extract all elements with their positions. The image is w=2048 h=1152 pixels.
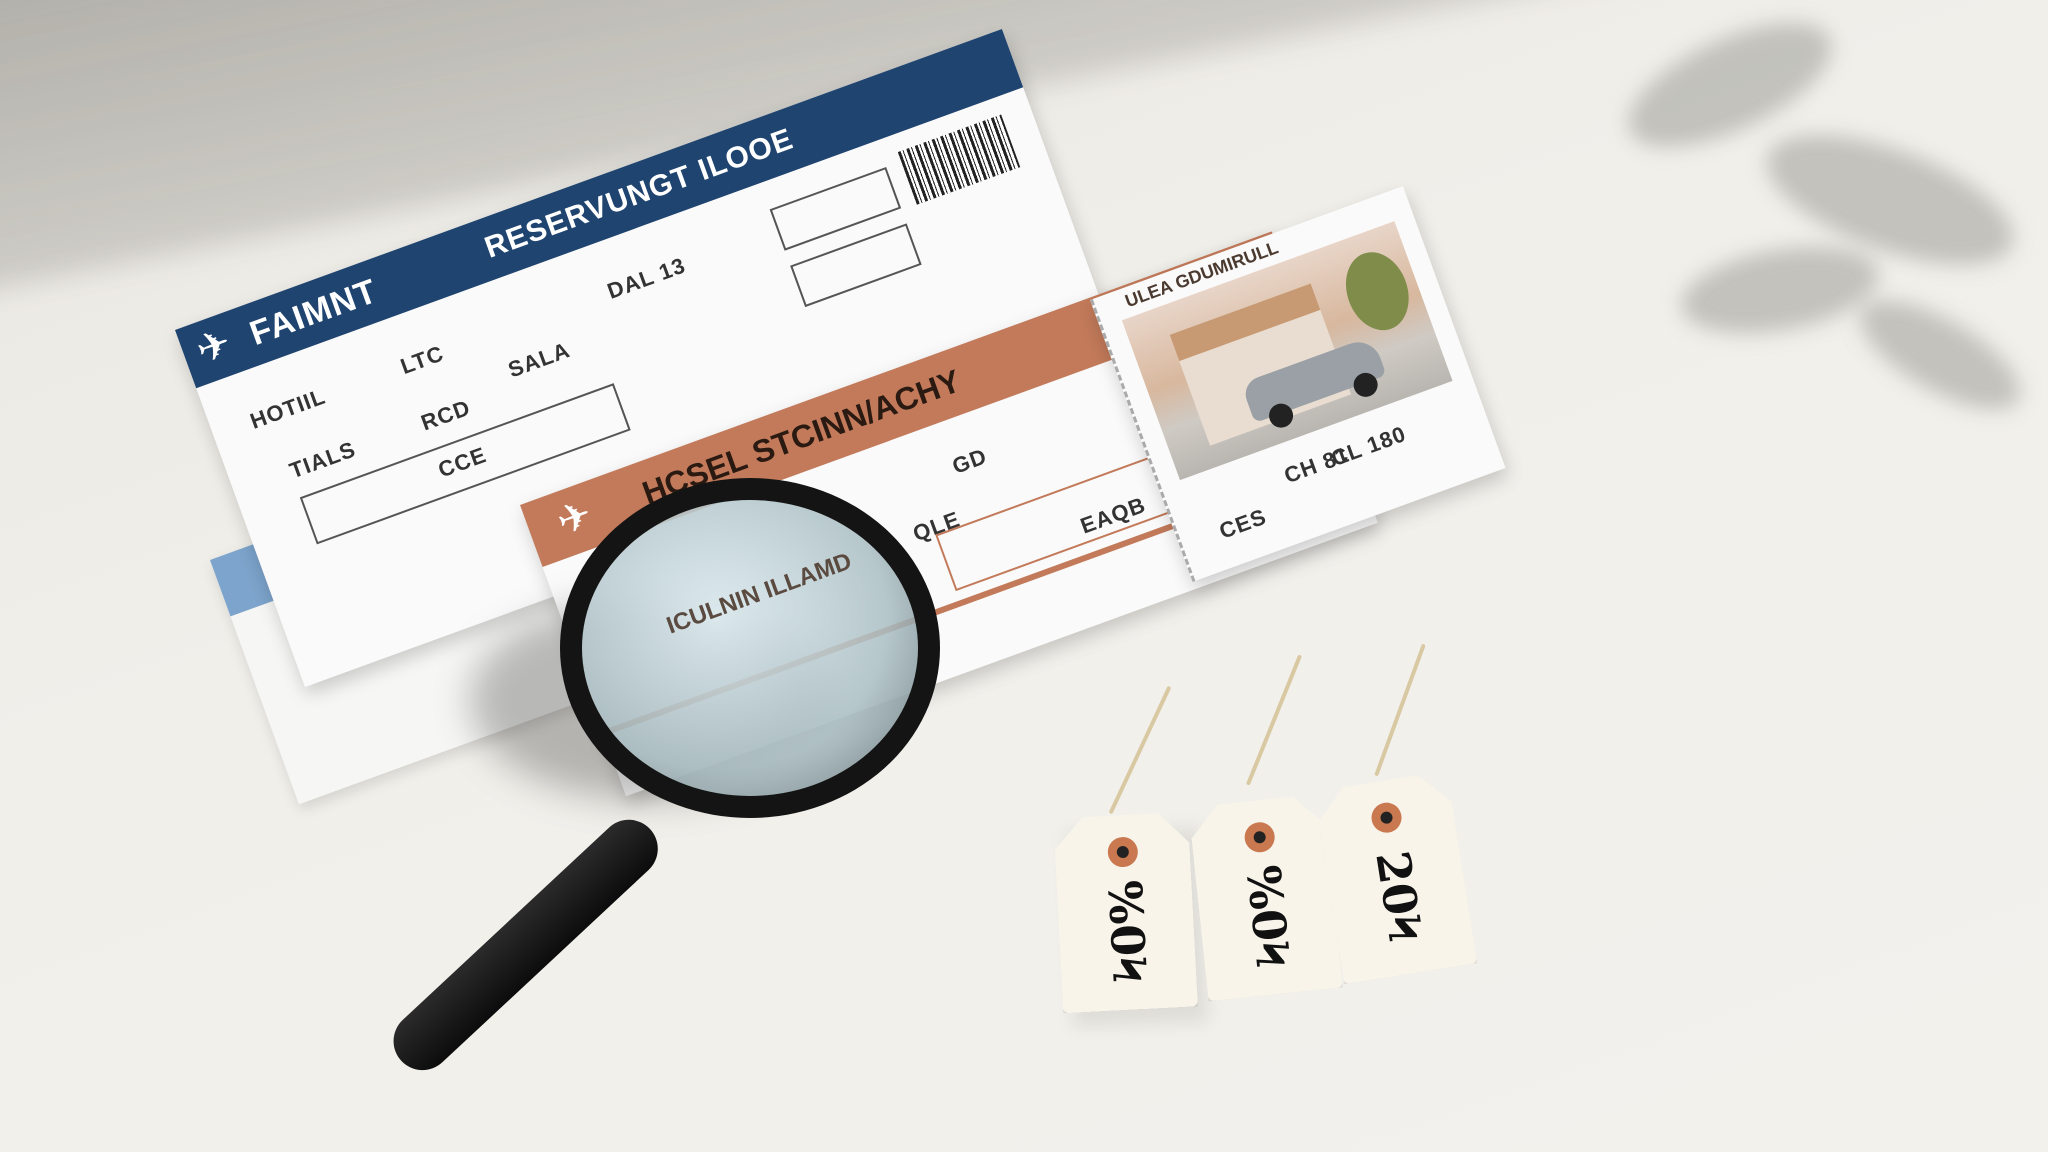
- car-field: CES: [1216, 504, 1270, 545]
- price-tag: %0Ϟ: [1053, 812, 1198, 1014]
- airplane-icon: ✈: [190, 319, 237, 374]
- flight-field: DAL 13: [604, 252, 689, 304]
- flight-field: RCD: [418, 395, 475, 437]
- flight-field: HOTIIL: [247, 384, 329, 435]
- airplane-icon: ✈: [551, 491, 598, 546]
- magnifying-glass-icon: ICULNIN ILLAMD: [560, 478, 940, 818]
- magnifier-handle: [382, 808, 670, 1082]
- price-tag-label: %0Ϟ: [1097, 879, 1156, 985]
- tag-string: [1374, 644, 1426, 777]
- tag-string: [1109, 686, 1172, 815]
- tag-string: [1246, 654, 1302, 785]
- price-tag-label: %0Ϟ: [1235, 863, 1299, 971]
- flight-field: TIALS: [286, 436, 359, 484]
- leaf-shadow: [1845, 280, 2036, 431]
- flight-brand: FAIMNT: [245, 272, 383, 354]
- price-tag-label: 20Ϟ: [1365, 848, 1433, 946]
- hotel-field: GD: [949, 443, 991, 479]
- flight-field: SALA: [505, 337, 574, 383]
- barcode: [898, 114, 1021, 204]
- magnified-text: ICULNIN ILLAMD: [663, 548, 855, 641]
- car-field: CH 81: [1281, 442, 1353, 489]
- leaf-shadow: [1675, 233, 1886, 347]
- flight-field: LTC: [397, 340, 447, 380]
